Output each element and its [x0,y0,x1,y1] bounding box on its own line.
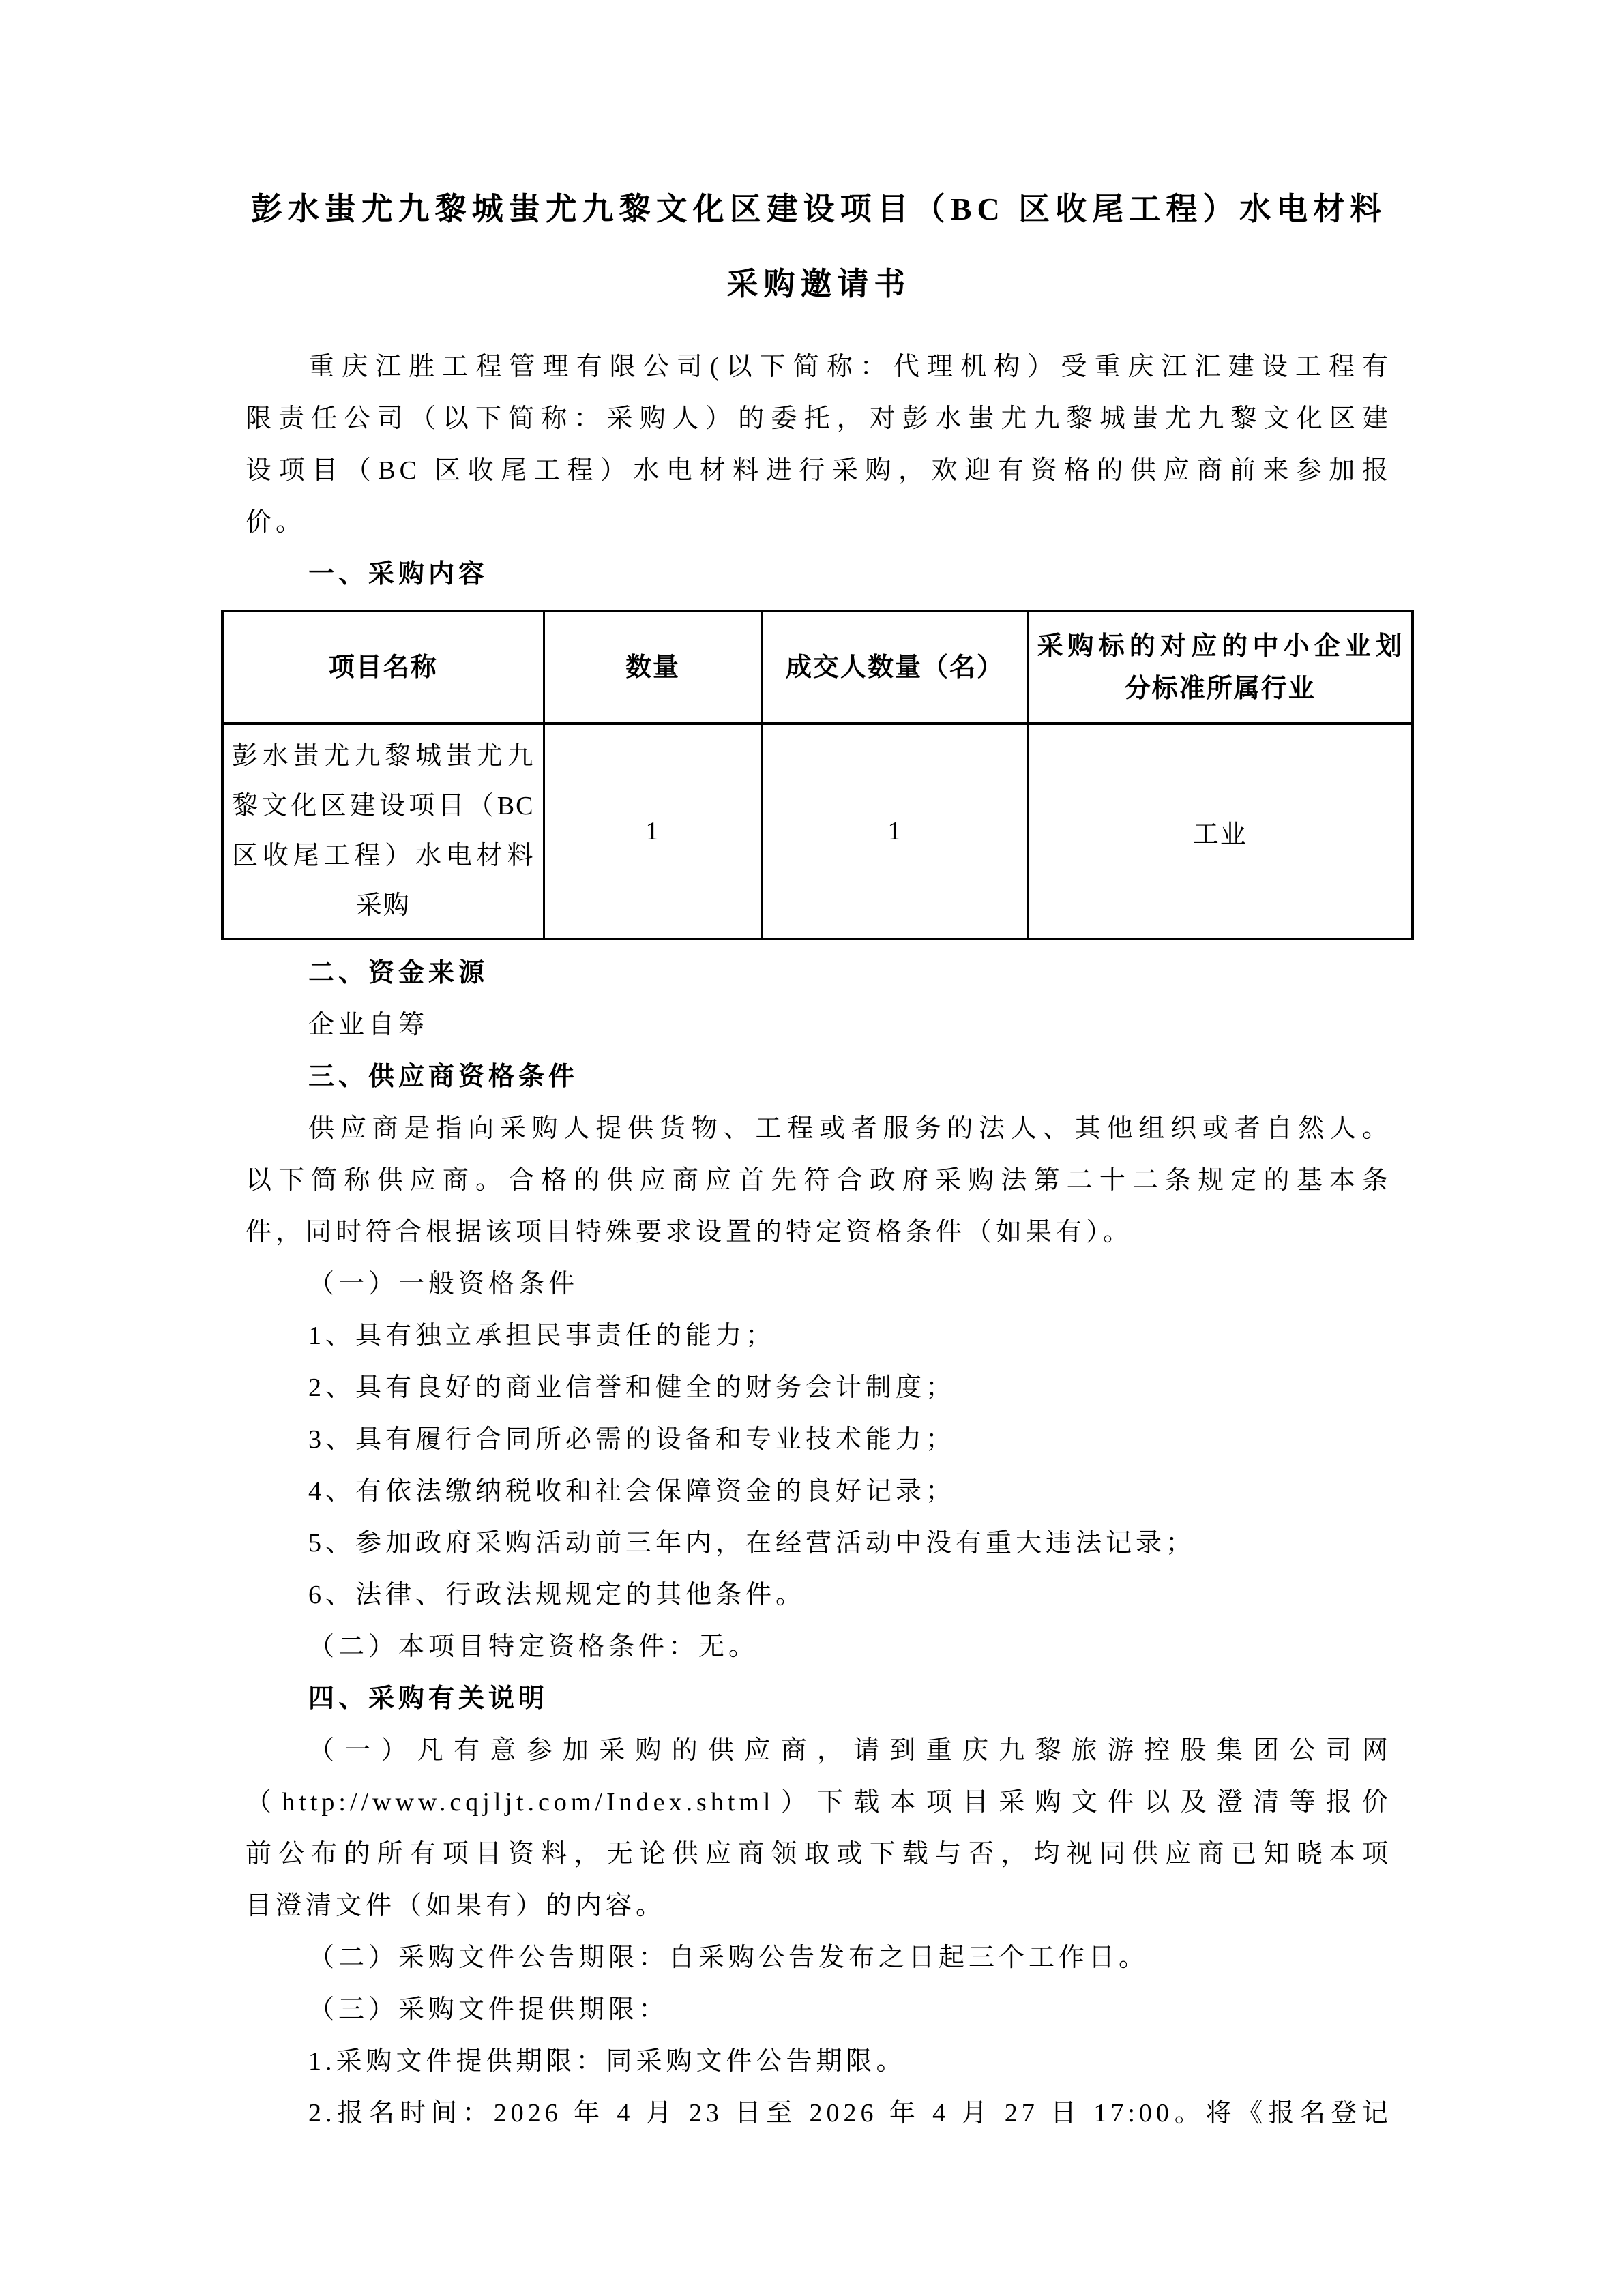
document-title-line-1: 彭水蚩尤九黎城蚩尤九黎文化区建设项目（BC 区收尾工程）水电材料 [246,172,1392,247]
supplier-paragraph-line-2: 以下简称供应商。合格的供应商应首先符合政府采购法第二十二条规定的基本条 [246,1154,1392,1206]
document-title-line-2: 采购邀请书 [246,247,1392,322]
general-condition-item-2: 2、具有良好的商业信誉和健全的财务会计制度； [246,1362,1392,1414]
project-name-line-4: 采购 [232,881,535,931]
note1-line-1: （一）凡有意参加采购的供应商，请到重庆九黎旅游控股集团公司网 [246,1725,1392,1776]
table-cell-quantity: 1 [544,724,762,939]
document-page: 彭水蚩尤九黎城蚩尤九黎文化区建设项目（BC 区收尾工程）水电材料 采购邀请书 重… [0,0,1624,2296]
general-condition-item-4: 4、有依法缴纳税收和社会保障资金的良好记录； [246,1465,1392,1517]
table-cell-project-name: 彭水蚩尤九黎城蚩尤九 黎文化区建设项目（BC 区收尾工程）水电材料 采购 [222,724,544,939]
table-header-row: 项目名称 数量 成交人数量（名） 采购标的对应的中小企业划 分标准所属行业 [222,611,1413,724]
note1-line-2-url: （http://www.cqjljt.com/Index.shtml）下载本项目… [246,1776,1392,1828]
funding-source-text: 企业自筹 [246,999,1392,1051]
general-condition-item-5: 5、参加政府采购活动前三年内，在经营活动中没有重大违法记录； [246,1517,1392,1569]
note2-announcement-period: （二）采购文件公告期限：自采购公告发布之日起三个工作日。 [246,1932,1392,1984]
table-header-project-name-text: 项目名称 [232,646,535,689]
general-condition-item-3: 3、具有履行合同所必需的设备和专业技术能力； [246,1414,1392,1465]
intro-paragraph-line-3: 设项目（BC 区收尾工程）水电材料进行采购，欢迎有资格的供应商前来参加报 [246,445,1392,496]
table-header-winner-count: 成交人数量（名） [762,611,1028,724]
note3-provision-period-heading: （三）采购文件提供期限： [246,1984,1392,2036]
intro-paragraph-line-2: 限责任公司（以下简称：采购人）的委托，对彭水蚩尤九黎城蚩尤九黎文化区建 [246,393,1392,445]
table-header-project-name: 项目名称 [222,611,544,724]
table-cell-winner-count: 1 [762,724,1028,939]
general-condition-item-6: 6、法律、行政法规规定的其他条件。 [246,1569,1392,1621]
section-heading-supplier-qualification: 三、供应商资格条件 [246,1051,1392,1103]
intro-paragraph-line-4: 价。 [246,496,1392,548]
supplier-paragraph-line-1: 供应商是指向采购人提供货物、工程或者服务的法人、其他组织或者自然人。 [246,1103,1392,1154]
general-conditions-heading: （一）一般资格条件 [246,1258,1392,1310]
note1-line-3: 前公布的所有项目资料，无论供应商领取或下载与否，均视同供应商已知晓本项 [246,1828,1392,1880]
table-header-industry-line-1: 采购标的对应的中小企业划 [1037,625,1404,668]
table-header-quantity: 数量 [544,611,762,724]
table-data-row: 彭水蚩尤九黎城蚩尤九 黎文化区建设项目（BC 区收尾工程）水电材料 采购 1 1… [222,724,1413,939]
table-cell-industry: 工业 [1028,724,1413,939]
note3-item-1: 1.采购文件提供期限：同采购文件公告期限。 [246,2036,1392,2087]
project-name-line-1: 彭水蚩尤九黎城蚩尤九 [232,732,535,781]
intro-paragraph-line-1: 重庆江胜工程管理有限公司(以下简称：代理机构）受重庆江汇建设工程有 [246,341,1392,393]
table-header-industry: 采购标的对应的中小企业划 分标准所属行业 [1028,611,1413,724]
supplier-paragraph-line-3: 件，同时符合根据该项目特殊要求设置的特定资格条件（如果有）。 [246,1206,1392,1258]
general-condition-item-1: 1、具有独立承担民事责任的能力； [246,1310,1392,1362]
table-header-quantity-text: 数量 [553,646,753,689]
note3-item-2-registration-time: 2.报名时间：2026 年 4 月 23 日至 2026 年 4 月 27 日 … [246,2087,1392,2139]
table-header-industry-line-2: 分标准所属行业 [1037,668,1404,710]
section-heading-procurement-notes: 四、采购有关说明 [246,1673,1392,1725]
table-header-winner-count-text: 成交人数量（名） [771,646,1019,689]
project-name-line-2: 黎文化区建设项目（BC [232,781,535,831]
specific-condition-text: （二）本项目特定资格条件：无。 [246,1621,1392,1673]
section-heading-funding-source: 二、资金来源 [246,947,1392,999]
procurement-table: 项目名称 数量 成交人数量（名） 采购标的对应的中小企业划 分标准所属行业 彭水… [221,610,1414,940]
section-heading-procurement-content: 一、采购内容 [246,548,1392,600]
note1-line-4: 目澄清文件（如果有）的内容。 [246,1880,1392,1932]
project-name-line-3: 区收尾工程）水电材料 [232,831,535,881]
